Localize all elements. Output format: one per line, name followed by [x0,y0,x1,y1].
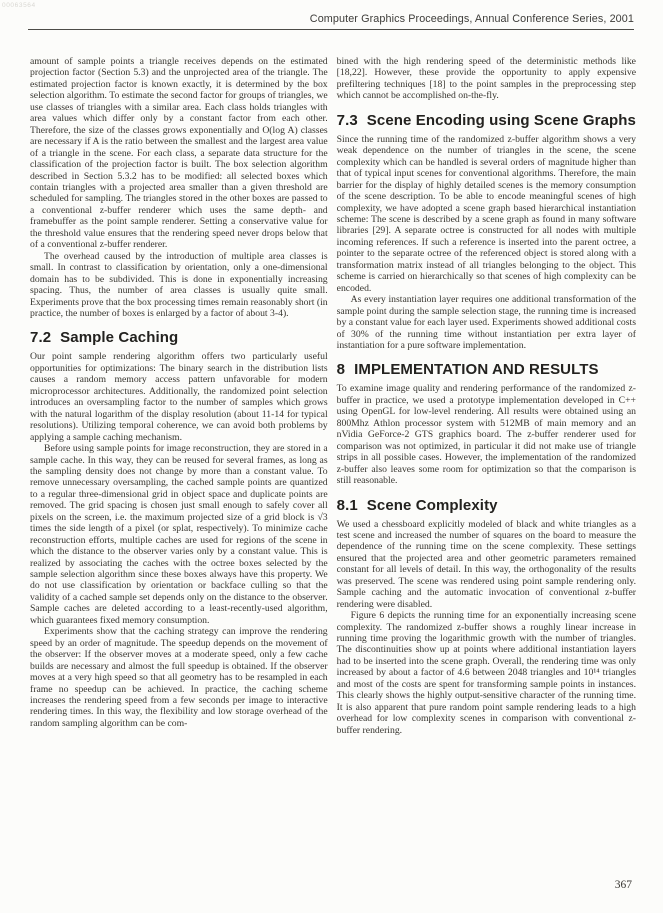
running-header: Computer Graphics Proceedings, Annual Co… [28,13,634,25]
two-column-body: amount of sample points a triangle recei… [30,56,636,736]
body-paragraph: Since the running time of the randomized… [337,134,636,294]
section-number: 7.2 [30,329,51,346]
body-paragraph: bined with the high rendering speed of t… [337,56,636,102]
section-number: 7.3 [337,112,358,129]
body-paragraph: Before using sample points for image rec… [30,443,328,626]
body-paragraph: To examine image quality and rendering p… [337,383,636,486]
body-paragraph: The overhead caused by the introduction … [30,251,328,320]
left-column: amount of sample points a triangle recei… [30,56,328,736]
right-column: bined with the high rendering speed of t… [337,56,636,736]
section-number: 8.1 [337,497,358,514]
body-paragraph: We used a chessboard explicitly modeled … [337,519,636,611]
section-title: IMPLEMENTATION AND RESULTS [354,361,599,378]
page-number: 367 [615,879,632,891]
body-paragraph: Figure 6 depicts the running time for an… [337,610,636,736]
paper-page: 00063564 Computer Graphics Proceedings, … [0,0,663,913]
body-paragraph: Experiments show that the caching strate… [30,626,328,729]
section-heading-7-3: 7.3Scene Encoding using Scene Graphs [337,112,636,129]
body-paragraph: Our point sample rendering algorithm off… [30,351,328,443]
section-number: 8 [337,361,345,378]
section-heading-8-1: 8.1Scene Complexity [337,497,636,514]
section-heading-8: 8IMPLEMENTATION AND RESULTS [337,361,636,378]
section-title: Scene Encoding using Scene Graphs [367,112,636,129]
header-rule [28,29,634,30]
scan-watermark: 00063564 [2,2,36,9]
body-paragraph: As every instantiation layer requires on… [337,294,636,351]
section-title: Scene Complexity [367,497,498,514]
body-paragraph: amount of sample points a triangle recei… [30,56,328,251]
running-header-text: Computer Graphics Proceedings, Annual Co… [310,13,634,25]
section-title: Sample Caching [60,329,178,346]
section-heading-7-2: 7.2Sample Caching [30,329,328,346]
